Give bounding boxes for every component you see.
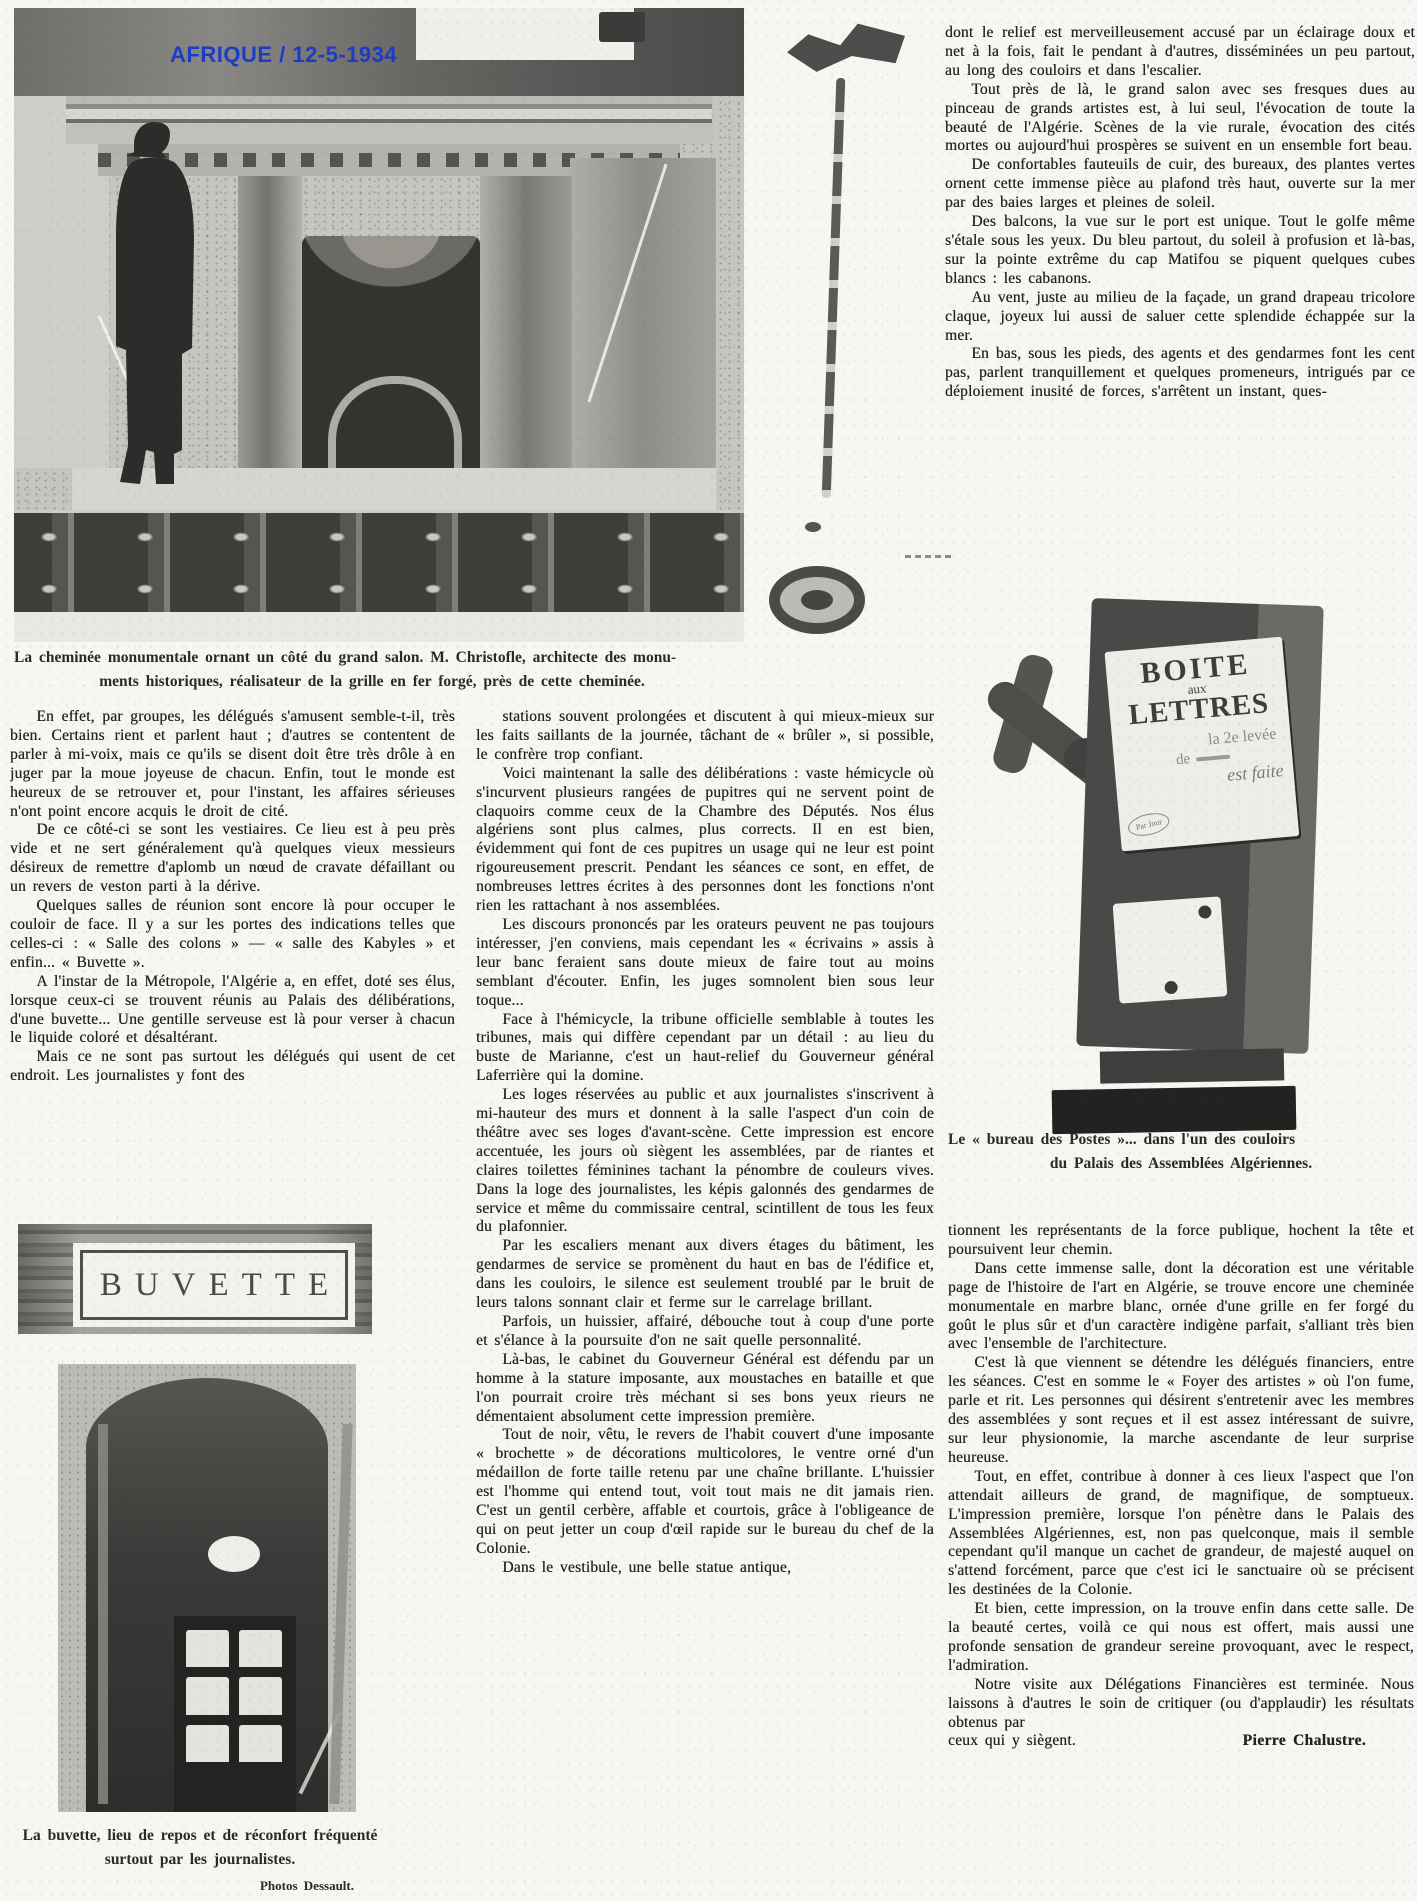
paragraph: A l'instar de la Métropole, l'Algérie a,… — [10, 973, 455, 1049]
paragraph: Par les escaliers menant aux divers étag… — [476, 1237, 934, 1313]
door-frame-left — [98, 1424, 108, 1804]
column-left: En effet, par groupes, les délégués s'am… — [10, 708, 455, 1190]
column-bottom-right: tionnent les représentants de la force p… — [948, 1222, 1414, 1888]
paragraph: Dans cette immense salle, dont la décora… — [948, 1260, 1414, 1355]
buvette-photo: BUVETTE — [18, 1224, 372, 1812]
paragraph: Des balcons, la vue sur le port est uniq… — [945, 213, 1415, 289]
postbox-sign: BOITE aux LETTRES la 2e levée de est fai… — [1104, 637, 1299, 852]
column-top-right: dont le relief est merveilleusement accu… — [945, 24, 1415, 524]
ink-streak — [822, 78, 846, 498]
paragraph: C'est là que viennent se détendre les dé… — [948, 1354, 1414, 1467]
article-byline: Pierre Chalustre. — [1243, 1732, 1366, 1751]
ceiling-lamp — [208, 1536, 260, 1572]
fireplace-opening — [302, 236, 480, 468]
paragraph: dont le relief est merveilleusement accu… — [945, 24, 1415, 81]
buvette-caption: La buvette, lieu de repos et de réconfor… — [0, 1824, 400, 1898]
sign-small-text: Par Jour — [1126, 809, 1172, 839]
paragraph: De confortables fauteuils de cuir, des b… — [945, 156, 1415, 213]
photo-floor-strip — [14, 612, 744, 642]
postbox-base — [1052, 1086, 1297, 1134]
paragraph: Les discours prononcés par les orateurs … — [476, 916, 934, 1011]
buvette-lintel: BUVETTE — [18, 1224, 372, 1334]
fireplace-jamb-right — [480, 176, 572, 468]
paragraph: Tout près de là, le grand salon avec ses… — [945, 81, 1415, 157]
paragraph: En effet, par groupes, les délégués s'am… — [10, 708, 455, 821]
paragraph: Dans le vestibule, une belle statue anti… — [476, 1559, 934, 1578]
closing-line: ceux qui y siègent. Pierre Chalustre. — [948, 1732, 1414, 1751]
caption-line: du Palais des Assemblées Algériennes. — [948, 1152, 1414, 1176]
carpet-pattern — [14, 510, 744, 618]
caption-line: La cheminée monumentale ornant un côté d… — [14, 646, 730, 670]
paragraph: Tout de noir, vêtu, le revers de l'habit… — [476, 1426, 934, 1558]
postbox-notice-card — [1113, 896, 1228, 1003]
paragraph: Notre visite aux Délégations Financières… — [948, 1676, 1414, 1733]
paragraph: Et bien, cette impression, on la trouve … — [948, 1600, 1414, 1676]
caption-line: La buvette, lieu de repos et de réconfor… — [0, 1824, 400, 1848]
paragraph: Tout, en effet, contribue à donner à ces… — [948, 1468, 1414, 1600]
postbox-caption: Le « bureau des Postes »... dans l'un de… — [948, 1128, 1414, 1176]
fireplace-pilaster-right — [570, 158, 716, 470]
doorway-interior — [86, 1378, 328, 1812]
sign-dash — [1196, 754, 1230, 761]
scan-artifact — [775, 14, 915, 638]
door-frame-right — [329, 1424, 352, 1804]
paragraph: Mais ce ne sont pas surtout les délégués… — [10, 1048, 455, 1086]
buvette-doorway — [58, 1364, 356, 1812]
caption-line: surtout par les journalistes. — [0, 1848, 400, 1872]
paragraph: De ce côté-ci se sont les vestiaires. Ce… — [10, 821, 455, 897]
photo-credit: Photos Dessault. — [0, 1874, 400, 1898]
postbox-pedestal — [1100, 1048, 1285, 1083]
postbox-photo: BOITE aux LETTRES la 2e levée de est fai… — [988, 588, 1354, 1144]
newspaper-page: AFRIQUE / 12-5-1934 dont le relief est m… — [0, 0, 1417, 1901]
closing-text: ceux qui y siègent. — [948, 1732, 1076, 1751]
ink-blot — [787, 20, 905, 92]
paragraph: Voici maintenant la salle des délibérati… — [476, 765, 934, 916]
column-middle: stations souvent prolongées et discutent… — [476, 708, 934, 1898]
dash-mark — [905, 555, 951, 558]
rosette-mark — [769, 566, 865, 634]
door-panel — [174, 1616, 296, 1812]
fireplace-photo — [14, 8, 744, 642]
paragraph: Au vent, juste au milieu de la façade, u… — [945, 289, 1415, 346]
paragraph: Parfois, un huissier, affairé, débouche … — [476, 1313, 934, 1351]
paragraph: tionnent les représentants de la force p… — [948, 1222, 1414, 1260]
paragraph: Là-bas, le cabinet du Gouverneur Général… — [476, 1351, 934, 1427]
caption-line: Le « bureau des Postes »... dans l'un de… — [948, 1128, 1414, 1152]
paragraph: stations souvent prolongées et discutent… — [476, 708, 934, 765]
man-silhouette — [102, 116, 232, 496]
ink-dot — [805, 522, 821, 532]
paragraph: Les loges réservées au public et aux jou… — [476, 1086, 934, 1237]
paragraph: Quelques salles de réunion sont encore l… — [10, 897, 455, 973]
fireplace-jamb-left — [238, 176, 302, 468]
fireplace-caption: La cheminée monumentale ornant un côté d… — [14, 646, 730, 694]
paragraph: En bas, sous les pieds, des agents et de… — [945, 345, 1415, 402]
photo-dark-mark — [599, 12, 645, 42]
caption-line: ments historiques, réalisateur de la gri… — [14, 670, 730, 694]
masthead-label: AFRIQUE / 12-5-1934 — [170, 42, 397, 68]
paragraph: Face à l'hémicycle, la tribune officiell… — [476, 1011, 934, 1087]
photo-wall-left — [14, 96, 109, 468]
door-panes — [186, 1630, 282, 1762]
buvette-sign: BUVETTE — [80, 1250, 348, 1320]
